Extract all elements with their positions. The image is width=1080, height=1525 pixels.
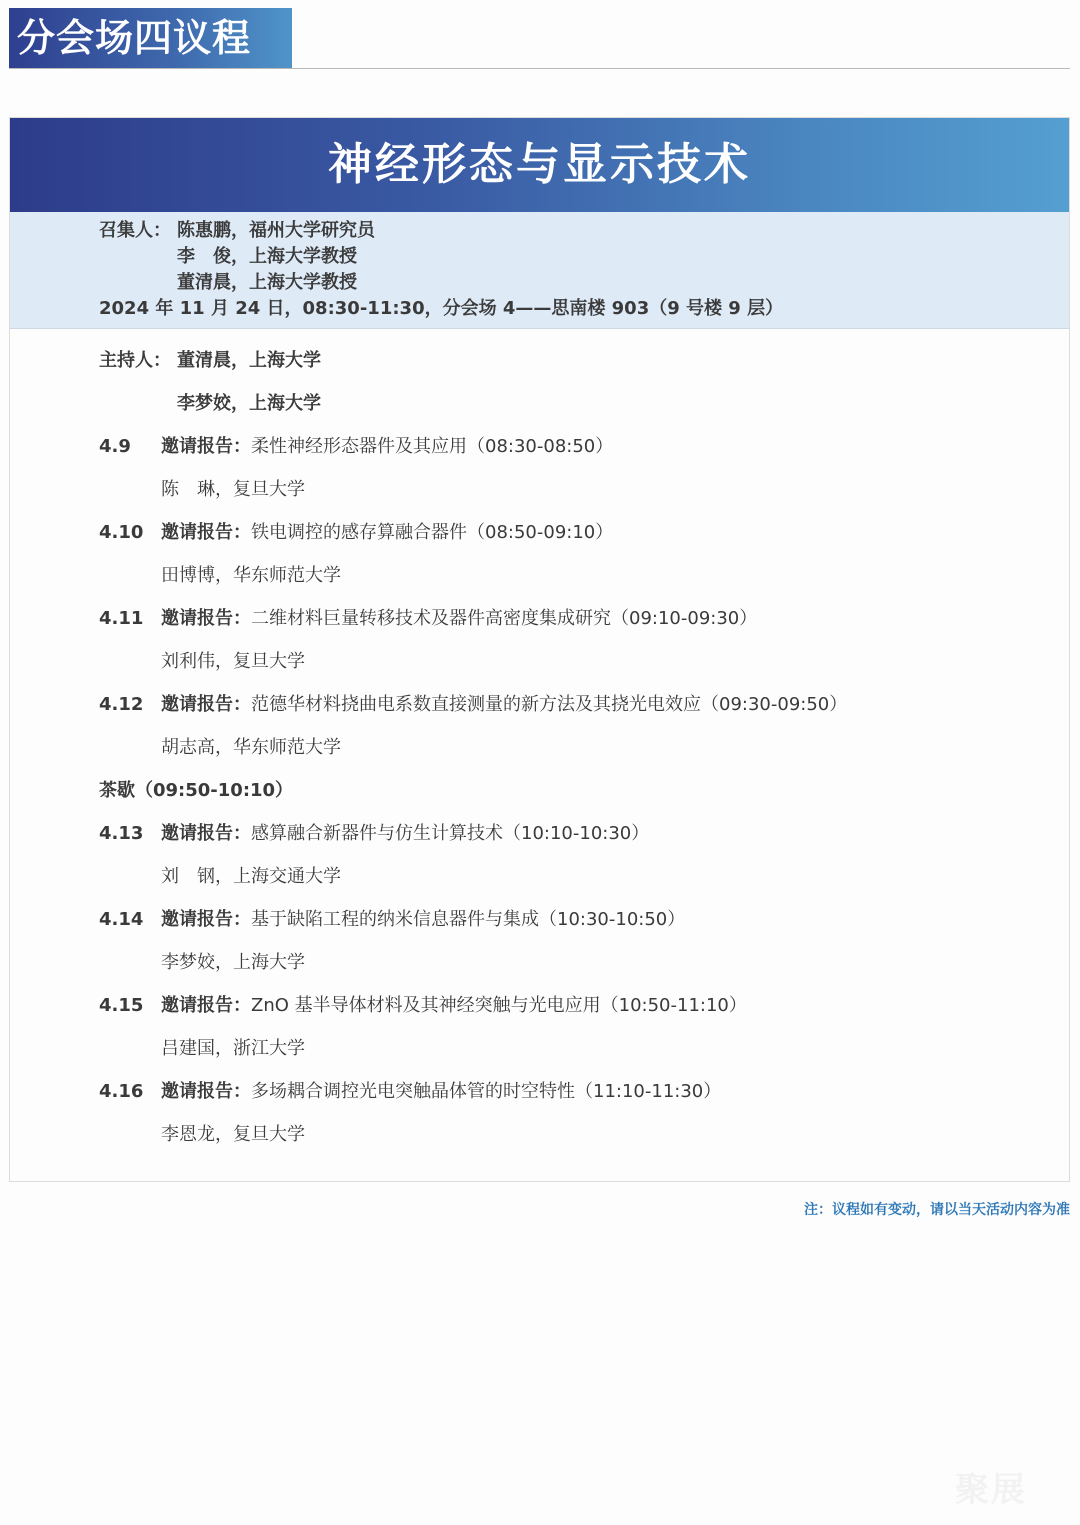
talk-speaker: 陈 琳，复旦大学 bbox=[99, 468, 1069, 511]
talk-speaker: 李梦姣，上海大学 bbox=[99, 941, 1069, 984]
talk-number: 4.11 bbox=[99, 597, 161, 640]
talk-row: 4.14 邀请报告： 基于缺陷工程的纳米信息器件与集成（10:30-10:50） bbox=[99, 898, 1069, 941]
talk-title: 二维材料巨量转移技术及器件高密度集成研究（09:10-09:30） bbox=[251, 597, 757, 640]
talk-title: 感算融合新器件与仿生计算技术（10:10-10:30） bbox=[251, 812, 649, 855]
talk-number: 4.9 bbox=[99, 425, 161, 468]
talk-speaker: 刘利伟，复旦大学 bbox=[99, 640, 1069, 683]
convener-2: 李 俊，上海大学教授 bbox=[99, 244, 1069, 270]
talk-number: 4.16 bbox=[99, 1070, 161, 1113]
talk-number: 4.12 bbox=[99, 683, 161, 726]
talk-row: 4.12 邀请报告： 范德华材料挠曲电系数直接测量的新方法及其挠光电效应（09:… bbox=[99, 683, 1069, 726]
talk-number: 4.14 bbox=[99, 898, 161, 941]
talk-speaker: 刘 钢，上海交通大学 bbox=[99, 855, 1069, 898]
invited-label: 邀请报告： bbox=[161, 1070, 251, 1113]
talk-row: 4.16 邀请报告： 多场耦合调控光电突触晶体管的时空特性（11:10-11:3… bbox=[99, 1070, 1069, 1113]
invited-label: 邀请报告： bbox=[161, 812, 251, 855]
talk-row: 4.13 邀请报告： 感算融合新器件与仿生计算技术（10:10-10:30） bbox=[99, 812, 1069, 855]
invited-label: 邀请报告： bbox=[161, 984, 251, 1027]
host-1: 董清晨，上海大学 bbox=[177, 339, 321, 382]
session-title: 神经形态与显示技术 bbox=[10, 118, 1069, 212]
talk-title: 范德华材料挠曲电系数直接测量的新方法及其挠光电效应（09:30-09:50） bbox=[251, 683, 847, 726]
talk-number: 4.15 bbox=[99, 984, 161, 1027]
page-title: 分会场四议程 bbox=[9, 8, 292, 68]
agenda-list: 主持人： 董清晨，上海大学 李梦姣，上海大学 4.9 邀请报告： 柔性神经形态器… bbox=[10, 329, 1069, 1156]
invited-label: 邀请报告： bbox=[161, 683, 251, 726]
host-row: 主持人： 董清晨，上海大学 bbox=[99, 339, 1069, 382]
session-card: 神经形态与显示技术 召集人： 陈惠鹏，福州大学研究员 李 俊，上海大学教授 董清… bbox=[9, 117, 1070, 1182]
talk-title: 柔性神经形态器件及其应用（08:30-08:50） bbox=[251, 425, 613, 468]
host-2: 李梦姣，上海大学 bbox=[99, 382, 1069, 425]
watermark-logo: 聚展 bbox=[955, 1462, 1027, 1511]
talk-title: 铁电调控的感存算融合器件（08:50-09:10） bbox=[251, 511, 613, 554]
talk-row: 4.15 邀请报告： ZnO 基半导体材料及其神经突触与光电应用（10:50-1… bbox=[99, 984, 1069, 1027]
talk-title: 基于缺陷工程的纳米信息器件与集成（10:30-10:50） bbox=[251, 898, 685, 941]
tea-break: 茶歇（09:50-10:10） bbox=[99, 769, 1069, 812]
header-divider bbox=[9, 68, 1070, 69]
talk-speaker: 李恩龙，复旦大学 bbox=[99, 1113, 1069, 1156]
talk-title: ZnO 基半导体材料及其神经突触与光电应用（10:50-11:10） bbox=[251, 984, 747, 1027]
talk-row: 4.11 邀请报告： 二维材料巨量转移技术及器件高密度集成研究（09:10-09… bbox=[99, 597, 1069, 640]
talk-number: 4.13 bbox=[99, 812, 161, 855]
convener-3: 董清晨，上海大学教授 bbox=[99, 270, 1069, 296]
invited-label: 邀请报告： bbox=[161, 898, 251, 941]
talk-number: 4.10 bbox=[99, 511, 161, 554]
convener-box: 召集人： 陈惠鹏，福州大学研究员 李 俊，上海大学教授 董清晨，上海大学教授 2… bbox=[10, 212, 1069, 329]
convener-label: 召集人： bbox=[99, 218, 177, 244]
talk-speaker: 胡志高，华东师范大学 bbox=[99, 726, 1069, 769]
talk-speaker: 吕建国，浙江大学 bbox=[99, 1027, 1069, 1070]
convener-1: 陈惠鹏，福州大学研究员 bbox=[177, 218, 375, 244]
talk-title: 多场耦合调控光电突触晶体管的时空特性（11:10-11:30） bbox=[251, 1070, 721, 1113]
talk-row: 4.9 邀请报告： 柔性神经形态器件及其应用（08:30-08:50） bbox=[99, 425, 1069, 468]
invited-label: 邀请报告： bbox=[161, 425, 251, 468]
session-datetime-location: 2024 年 11 月 24 日，08:30-11:30，分会场 4——思南楼 … bbox=[99, 296, 1069, 322]
host-label: 主持人： bbox=[99, 339, 177, 382]
talk-row: 4.10 邀请报告： 铁电调控的感存算融合器件（08:50-09:10） bbox=[99, 511, 1069, 554]
page-header: 分会场四议程 bbox=[9, 8, 1070, 69]
agenda-change-note: 注：议程如有变动，请以当天活动内容为准 bbox=[804, 1199, 1070, 1219]
invited-label: 邀请报告： bbox=[161, 597, 251, 640]
talk-speaker: 田博博，华东师范大学 bbox=[99, 554, 1069, 597]
invited-label: 邀请报告： bbox=[161, 511, 251, 554]
